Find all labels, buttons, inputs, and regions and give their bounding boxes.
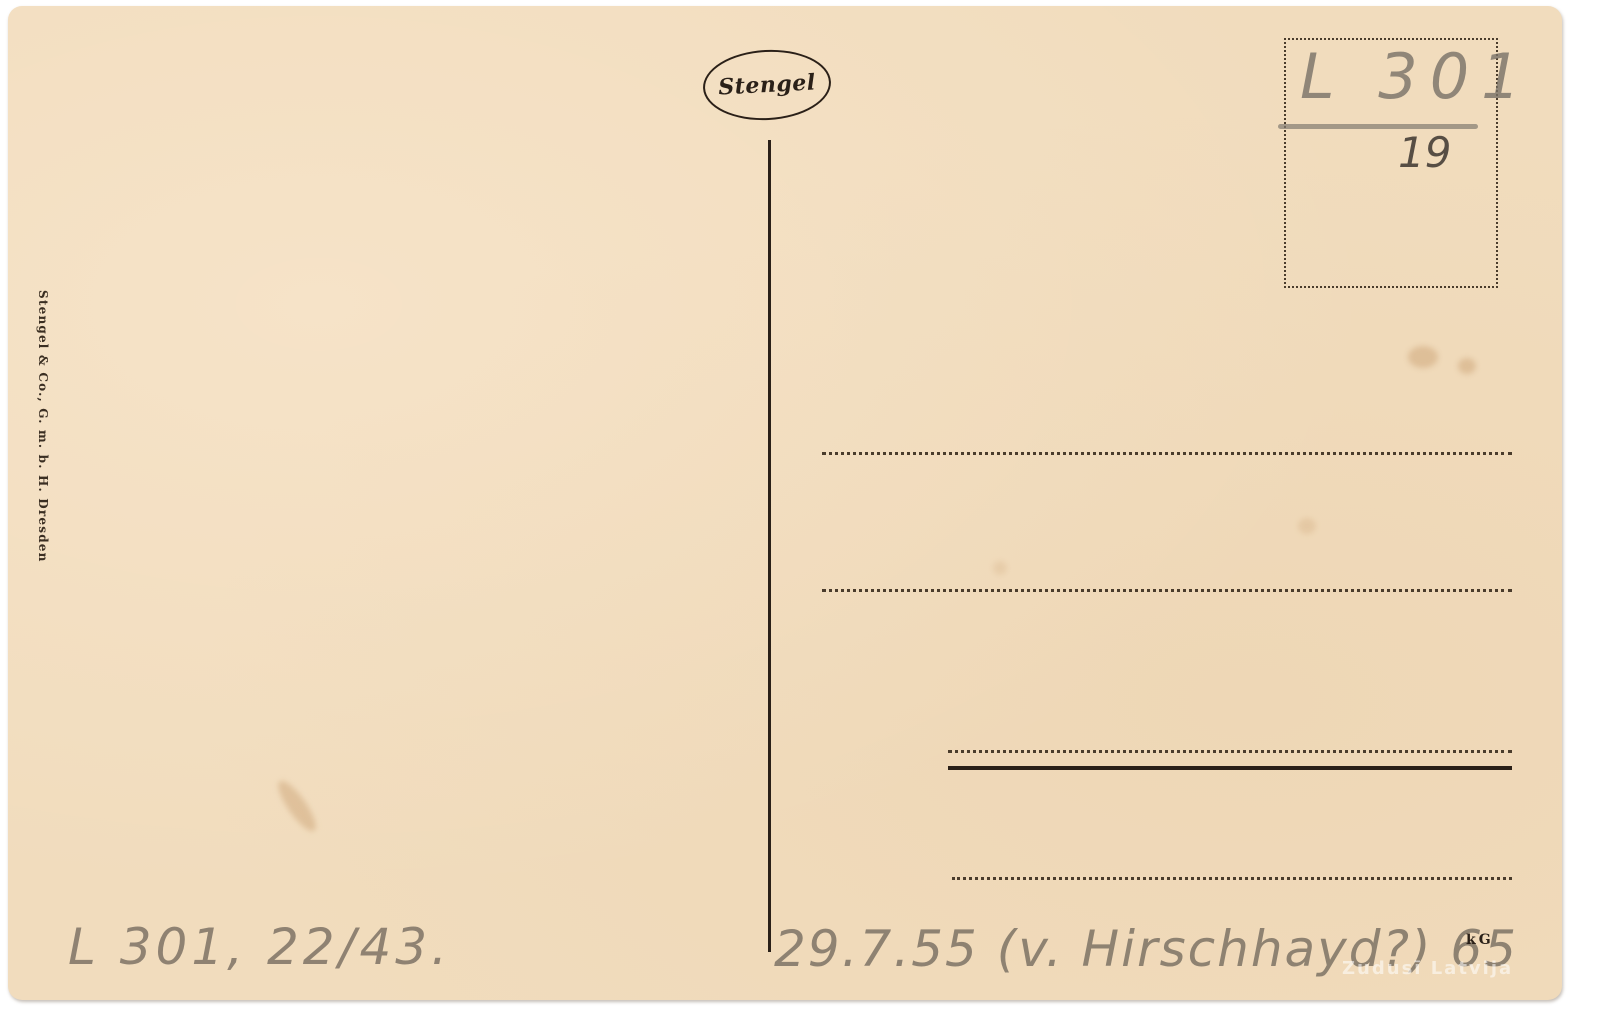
stain — [993, 561, 1007, 575]
address-line-1 — [822, 452, 1512, 455]
printer-mark: kG — [1466, 932, 1494, 948]
address-solid-line — [948, 766, 1512, 770]
stain — [1298, 518, 1316, 534]
address-line-2 — [822, 589, 1512, 592]
catalog-note-handwritten: L 301, 22/43. — [68, 918, 451, 976]
stain — [1458, 358, 1476, 374]
address-line-3 — [948, 750, 1512, 753]
watermark: Zudusī Latvija — [1342, 958, 1513, 979]
stamp-code-handwritten: L 301 — [1300, 40, 1533, 113]
stain — [1408, 346, 1438, 368]
stamp-number-handwritten: 19 — [1398, 128, 1451, 177]
stain — [272, 776, 321, 835]
publisher-imprint: Stengel & Co., G. m. b. H. Dresden — [36, 290, 50, 670]
address-line-4 — [952, 877, 1512, 880]
logo-text: Stengel — [718, 69, 817, 100]
center-divider — [768, 140, 771, 952]
